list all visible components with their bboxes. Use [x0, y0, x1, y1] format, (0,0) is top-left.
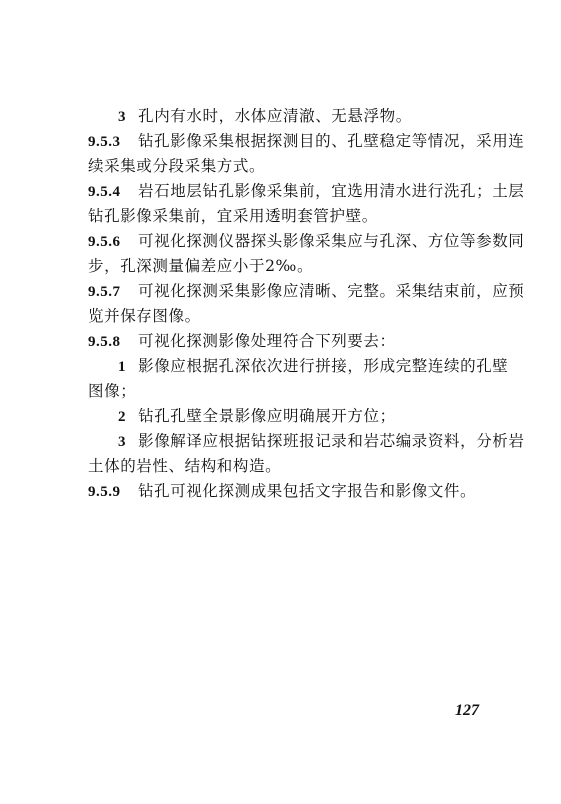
section-number: 9.5.7	[88, 282, 138, 302]
clause-text: 可视化探测仪器探头影像采集应与孔深、方位等参数同	[138, 232, 524, 250]
item-number: 1	[118, 357, 126, 377]
clause-9-5-3: 9.5.3钻孔影像采集根据探测目的、孔壁稳定等情况，采用连	[88, 131, 488, 152]
clause-9-5-6-continuation: 步，孔深测量偏差应小于2‰。	[88, 256, 488, 276]
clause-9-5-8-item-3: 3影像解译应根据钻探班报记录和岩芯编录资料，分析岩	[118, 431, 518, 452]
section-number: 9.5.4	[88, 182, 138, 202]
clause-text: 钻孔可视化探测成果包括文字报告和影像文件。	[138, 482, 476, 500]
clause-text: 览并保存图像。	[88, 307, 201, 325]
page-number: 127	[455, 702, 479, 720]
clause-9-5-6: 9.5.6可视化探测仪器探头影像采集应与孔深、方位等参数同	[88, 231, 488, 252]
clause-9-5-9: 9.5.9钻孔可视化探测成果包括文字报告和影像文件。	[88, 481, 488, 502]
clause-text: 可视化探测影像处理符合下列要去：	[138, 332, 396, 350]
clause-text: 钻孔影像采集根据探测目的、孔壁稳定等情况，采用连	[138, 132, 524, 150]
item-number: 3	[118, 432, 126, 452]
item-number: 3	[118, 107, 126, 127]
section-number: 9.5.3	[88, 132, 138, 152]
clause-9-5-8: 9.5.8可视化探测影像处理符合下列要去：	[88, 331, 488, 352]
clause-9-5-8-item-1-continuation: 图像；	[88, 381, 488, 401]
clause-text: 岩石地层钻孔影像采集前，宜选用清水进行洗孔；土层	[138, 182, 524, 200]
clause-text: 孔内有水时，水体应清澈、无悬浮物。	[138, 107, 412, 125]
clause-text: 钻孔影像采集前，宜采用透明套管护壁。	[88, 207, 378, 225]
clause-9-5-3-continuation: 续采集或分段采集方式。	[88, 156, 488, 176]
clause-text: 可视化探测采集影像应清晰、完整。采集结束前，应预	[138, 282, 524, 300]
clause-9-5-7-continuation: 览并保存图像。	[88, 306, 488, 326]
clause-text: 影像解译应根据钻探班报记录和岩芯编录资料，分析岩	[138, 432, 524, 450]
item-number: 2	[118, 407, 126, 427]
clause-9-5-7: 9.5.7可视化探测采集影像应清晰、完整。采集结束前，应预	[88, 281, 488, 302]
clause-text: 钻孔孔壁全景影像应明确展开方位；	[138, 407, 396, 425]
clause-item-3: 3孔内有水时，水体应清澈、无悬浮物。	[118, 106, 518, 127]
section-number: 9.5.9	[88, 482, 138, 502]
clause-9-5-8-item-1: 1影像应根据孔深依次进行拼接，形成完整连续的孔壁	[118, 356, 518, 377]
section-number: 9.5.8	[88, 332, 138, 352]
section-number: 9.5.6	[88, 232, 138, 252]
clause-text: 步，孔深测量偏差应小于2‰。	[88, 257, 313, 275]
clause-text: 土体的岩性、结构和构造。	[88, 457, 281, 475]
clause-text: 续采集或分段采集方式。	[88, 157, 265, 175]
clause-9-5-8-item-3-continuation: 土体的岩性、结构和构造。	[88, 456, 488, 476]
clause-9-5-4: 9.5.4岩石地层钻孔影像采集前，宜选用清水进行洗孔；土层	[88, 181, 488, 202]
document-page: 3孔内有水时，水体应清澈、无悬浮物。 9.5.3钻孔影像采集根据探测目的、孔壁稳…	[0, 0, 561, 804]
clause-text: 影像应根据孔深依次进行拼接，形成完整连续的孔壁	[138, 357, 508, 375]
clause-9-5-8-item-2: 2钻孔孔壁全景影像应明确展开方位；	[118, 406, 518, 427]
clause-text: 图像；	[88, 382, 136, 400]
clause-9-5-4-continuation: 钻孔影像采集前，宜采用透明套管护壁。	[88, 206, 488, 226]
